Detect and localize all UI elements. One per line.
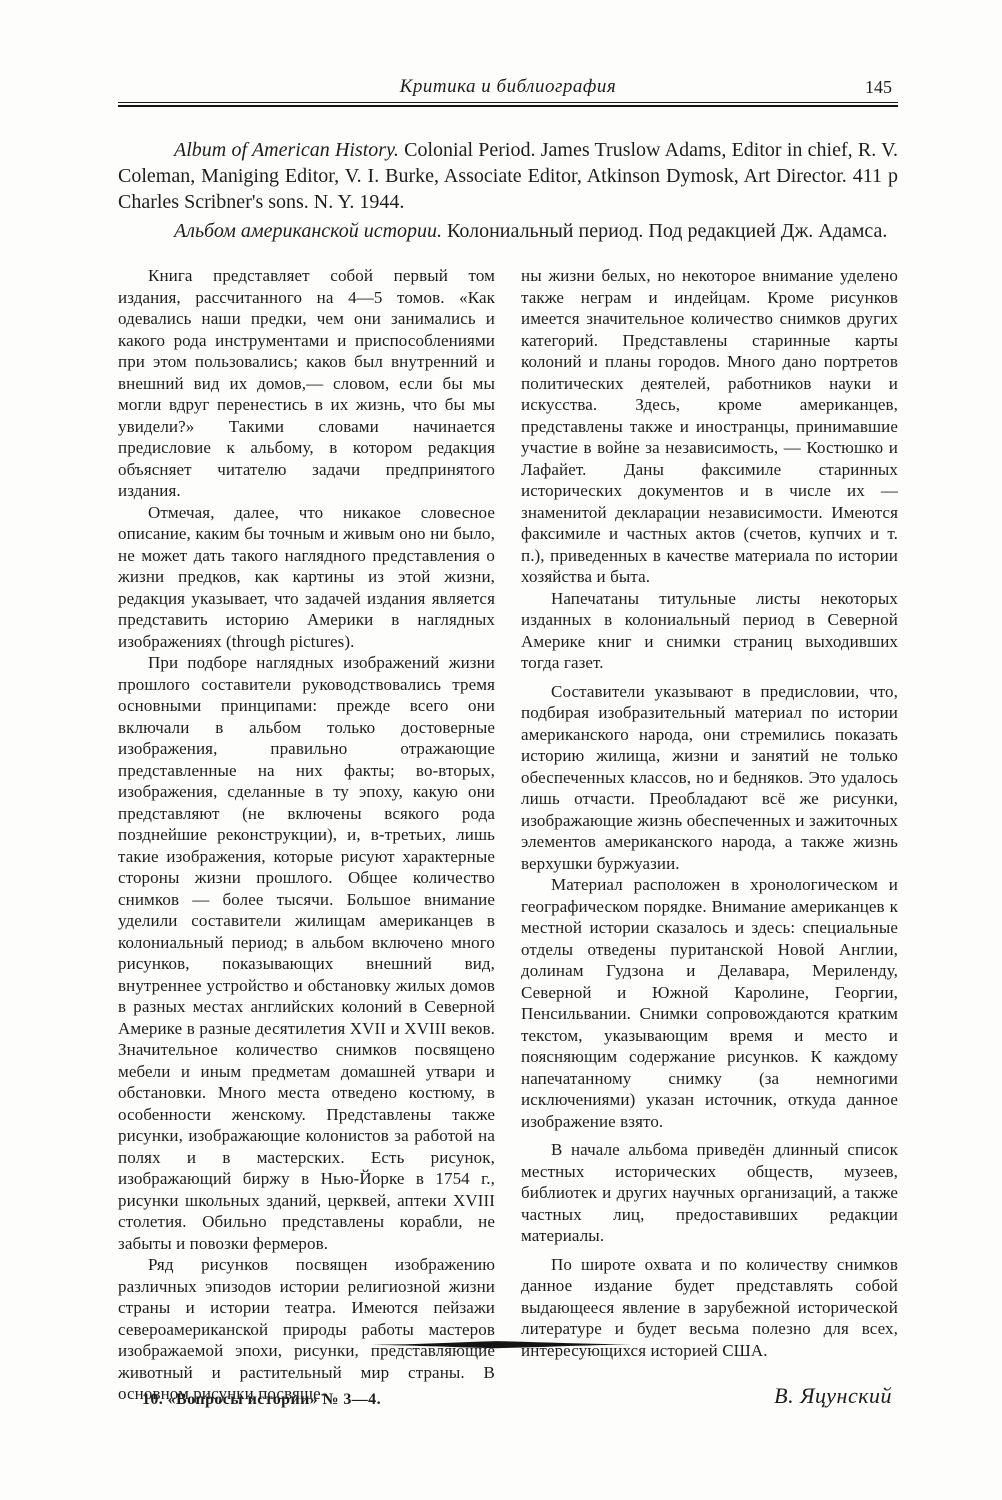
- scanned-journal-page: Критика и библиография 145 Album of Amer…: [0, 0, 1002, 1500]
- paragraph: Материал расположен в хронологическом и …: [521, 874, 898, 1132]
- paragraph: Напечатаны титульные листы некоторых изд…: [521, 588, 898, 674]
- tapered-divider-ornament: [370, 1340, 632, 1350]
- paragraph: Ряд рисунков посвящен изображению различ…: [118, 1254, 495, 1405]
- left-column: Книга представляет собой первый том изда…: [118, 265, 495, 1407]
- paragraph: Книга представляет собой первый том изда…: [118, 265, 495, 502]
- page-content: Критика и библиография 145 Album of Amer…: [118, 76, 898, 1407]
- paragraph: Составители указывают в предисловии, что…: [521, 681, 898, 875]
- paragraph-continuation: ны жизни белых, но некоторое внимание уд…: [521, 265, 898, 588]
- paragraph: Отмечая, далее, что никакое словесное оп…: [118, 502, 495, 653]
- printers-footer-note: 10. «Вопросы истории» № 3—4.: [142, 1391, 381, 1409]
- subtitle-rest: Колониальный период. Под редакцией Дж. А…: [442, 220, 887, 242]
- bibliographic-title: Album of American History. Colonial Peri…: [118, 137, 898, 215]
- two-column-body: Книга представляет собой первый том изда…: [118, 265, 898, 1407]
- header-rule: [118, 102, 898, 107]
- running-head: Критика и библиография 145: [118, 76, 898, 100]
- running-title: Критика и библиография: [118, 76, 898, 98]
- reviewer-signature: В. Яцунский: [521, 1385, 898, 1407]
- subtitle-lead-italic: Альбом американской истории.: [174, 220, 442, 242]
- title-lead-italic: Album of American History.: [174, 139, 399, 161]
- russian-subtitle: Альбом американской истории. Колониальны…: [118, 218, 898, 244]
- paragraph: В начале альбома приведён длинный список…: [521, 1139, 898, 1247]
- paragraph: При подборе наглядных изображений жизни …: [118, 652, 495, 1254]
- page-number: 145: [865, 77, 892, 98]
- right-column: ны жизни белых, но некоторое внимание уд…: [521, 265, 898, 1407]
